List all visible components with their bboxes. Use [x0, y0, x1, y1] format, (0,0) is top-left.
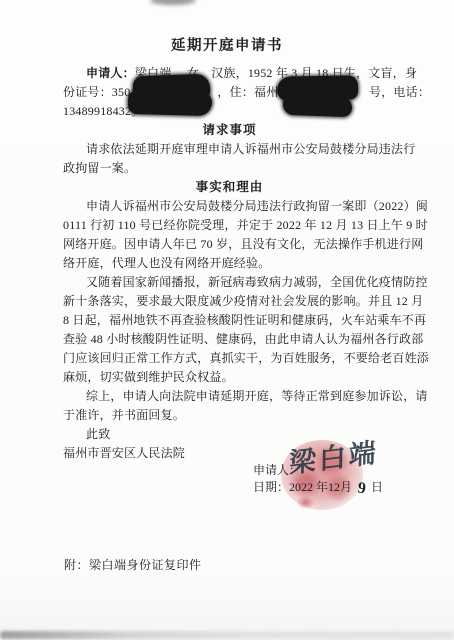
facts-p2-line: 8 日起，福州地铁不再查验核酸阴性证明和健康码，火车站乘车不再: [63, 311, 396, 330]
facts-p2-line: 查验 48 小时核酸阴性证明、健康码，由此申请人认为福州各行政部: [63, 330, 396, 349]
document-body: 申请人：梁白端 ，女，汉族，1952 年 3 月 18 日生，文盲，身 份证号：…: [0, 56, 454, 463]
handwritten-day-number: 9: [357, 480, 367, 499]
section-heading-facts: 事实和理由: [63, 178, 396, 197]
redaction-mark-id: [128, 91, 213, 116]
facts-p3-line: 综上，申请人向法院申请延期开庭，等待正常到庭参加诉讼，请: [63, 387, 396, 406]
facts-p1-line: 网络开庭。因申请人年已 70 岁，且没有文化，无法操作手机进行网: [63, 235, 396, 254]
facts-p2-line: 麻烦，切实做到维护民众权益。: [63, 368, 396, 387]
facts-p2-line: 门应该回归正常工作方式，真抓实干，为百姓服务，不要给老百姓添: [63, 349, 396, 368]
date-line: 日期：2022 年12月9日: [253, 478, 383, 496]
facts-p1-line: 申请人诉福州市公安局鼓楼分局违法行政拘留一案即（2022）闽: [63, 197, 396, 216]
redaction-mark-address: [283, 95, 353, 117]
red-thumbprint-smudge: [297, 496, 314, 509]
request-line: 政拘留一案。: [63, 159, 396, 178]
date-day-suffix: 日: [371, 480, 383, 494]
photo-top-smudge: [150, 0, 196, 5]
facts-p2-line: 又随着国家新闻播报，新冠病毒致病力减弱，全国优化疫情防控: [63, 273, 396, 292]
applicant-label: 申请人：: [86, 66, 135, 80]
date-label: 日期：: [253, 480, 289, 494]
document-title: 延期开庭申请书: [0, 36, 454, 56]
attachment-note: 附：梁白端身份证复印件: [64, 556, 202, 573]
facts-p1-line: 0111 行初 110 号已经你院受理，并定于 2022 年 12 月 13 日…: [63, 216, 396, 235]
document-page: 延期开庭申请书 申请人：梁白端 ，女，汉族，1952 年 3 月 18 日生，文…: [0, 0, 454, 640]
section-heading-request: 请求事项: [63, 121, 396, 140]
photo-bottom-edge-shadow: [0, 631, 454, 639]
request-line: 请求依法延期开庭审理申请人诉福州市公安局鼓楼分局违法行: [63, 140, 396, 159]
facts-p2-line: 新十条落实，要求最大限度减少疫情对社会发展的影响。并且 12 月: [63, 292, 396, 311]
facts-p3-line: 于准许，并书面回复。: [63, 406, 396, 425]
date-year-month: 2022 年12月: [289, 480, 352, 494]
phone-label: 号，电话：: [369, 85, 430, 99]
facts-p1-line: 络开庭，代理人也没有网络开庭经验。: [63, 254, 396, 273]
